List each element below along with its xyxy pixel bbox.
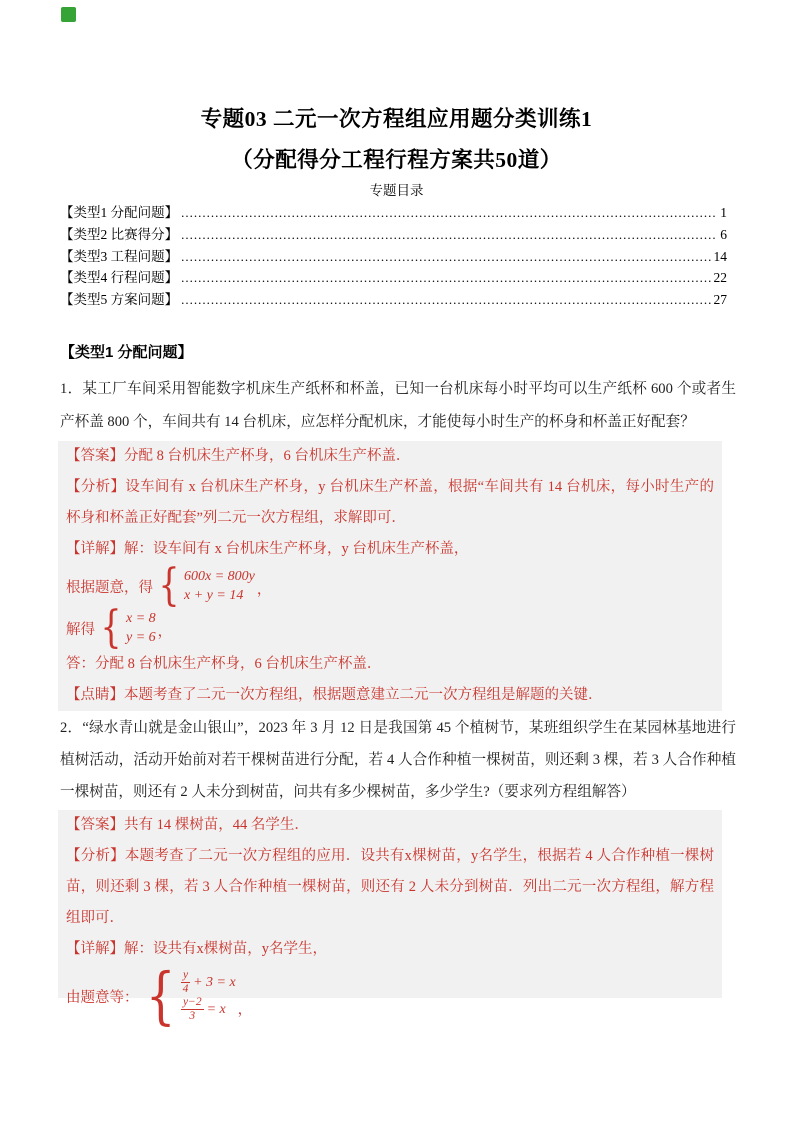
question-2-text: 2．“绿水青山就是金山银山”，2023 年 3 月 12 日是我国第 45 个植…: [60, 712, 736, 808]
toc-dot-leader: [181, 227, 717, 243]
toc-entry-type1[interactable]: 【类型1 分配问题】 1: [60, 201, 727, 223]
green-corner-marker: [61, 7, 76, 22]
q1-solution-system: 解得 { x = 8 y = 6 ，: [58, 607, 722, 649]
toc-entry-label: 【类型4 行程问题】: [60, 266, 178, 286]
fraction: y−2 3: [181, 996, 204, 1023]
equation-tail-comma: ，: [257, 578, 272, 599]
document-page: 专题03 二元一次方程组应用题分类训练1 （分配得分工程行程方案共50道） 专题…: [0, 0, 793, 1122]
fraction-numerator: y−2: [181, 996, 204, 1010]
equation-case-2: y−2 3 = x: [181, 996, 236, 1023]
q2-analysis-line: 【分析】本题考查了二元一次方程组的应用．设共有x棵树苗，y名学生，根据若 4 人…: [58, 841, 722, 934]
question-1-text: 1．某工厂车间采用智能数字机床生产纸杯和杯盖，已知一台机床每小时平均可以生产纸杯…: [60, 373, 736, 439]
toc-entry-label: 【类型1 分配问题】: [60, 201, 178, 221]
equation-cases: y 4 + 3 = x y−2 3 = x: [181, 969, 236, 1024]
toc-entry-type3[interactable]: 【类型3 工程问题】 14: [60, 245, 727, 267]
q2-equation-system: 由题意等： { y 4 + 3 = x y−2 3 = x: [58, 965, 722, 1027]
page-subtitle: （分配得分工程行程方案共50道）: [0, 143, 793, 174]
toc-dot-leader: [181, 205, 717, 221]
section-heading-type1: 【类型1 分配问题】: [60, 341, 736, 362]
equation-case-2: y = 6: [126, 628, 156, 647]
q1-analysis-line: 【分析】设车间有 x 台机床生产杯身，y 台机床生产杯盖，根据“车间共有 14 …: [58, 472, 722, 534]
q2-answer-line: 【答案】共有 14 棵树苗，44 名学生．: [58, 810, 722, 841]
page-title: 专题03 二元一次方程组应用题分类训练1: [0, 102, 793, 133]
equation-case-1: x = 8: [126, 609, 156, 628]
toc-entry-label: 【类型5 方案问题】: [60, 288, 178, 308]
toc-entry-type2[interactable]: 【类型2 比赛得分】 6: [60, 223, 727, 245]
equation-cases: x = 8 y = 6: [126, 609, 156, 647]
toc-page-number: 6: [720, 227, 727, 243]
toc-page-number: 1: [720, 205, 727, 221]
table-of-contents: 【类型1 分配问题】 1 【类型2 比赛得分】 6 【类型3 工程问题】 14 …: [60, 201, 727, 310]
fraction-denominator: 4: [183, 983, 189, 996]
q1-conclusion-line: 答：分配 8 台机床生产杯身，6 台机床生产杯盖．: [58, 649, 722, 680]
equation-tail-comma: ，: [238, 998, 253, 1019]
answer-block-q2: 【答案】共有 14 棵树苗，44 名学生． 【分析】本题考查了二元一次方程组的应…: [58, 810, 722, 998]
toc-page-number: 22: [714, 270, 728, 286]
left-brace-glyph: {: [159, 564, 180, 608]
fraction-numerator: y: [181, 969, 190, 983]
answer-block-q1: 【答案】分配 8 台机床生产杯身，6 台机床生产杯盖． 【分析】设车间有 x 台…: [58, 441, 722, 711]
toc-dot-leader: [181, 249, 710, 265]
equation-cases: 600x = 800y x + y = 14: [184, 567, 255, 605]
equation-case-1: y 4 + 3 = x: [181, 969, 236, 996]
equation-intro: 解得: [66, 618, 95, 639]
equation-rest: + 3 = x: [193, 969, 236, 996]
equation-intro: 根据题意，得: [66, 576, 153, 597]
q1-equation-system: 根据题意，得 { 600x = 800y x + y = 14 ，: [58, 565, 722, 607]
toc-page-number: 14: [714, 249, 728, 265]
fraction: y 4: [181, 969, 190, 996]
toc-heading: 专题目录: [0, 179, 793, 199]
q1-answer-line: 【答案】分配 8 台机床生产杯身，6 台机床生产杯盖．: [58, 441, 722, 472]
toc-dot-leader: [181, 270, 710, 286]
toc-entry-label: 【类型3 工程问题】: [60, 245, 178, 265]
left-brace-glyph: {: [101, 606, 122, 650]
equation-rest: = x: [207, 996, 226, 1023]
equation-intro: 由题意等：: [66, 986, 139, 1007]
toc-dot-leader: [181, 292, 710, 308]
toc-page-number: 27: [714, 292, 728, 308]
equation-tail-comma: ，: [158, 620, 173, 641]
equation-case-1: 600x = 800y: [184, 567, 255, 586]
equation-case-2: x + y = 14: [184, 586, 255, 605]
toc-entry-type4[interactable]: 【类型4 行程问题】 22: [60, 266, 727, 288]
left-brace-glyph: {: [145, 965, 175, 1027]
toc-entry-type5[interactable]: 【类型5 方案问题】 27: [60, 288, 727, 310]
q1-note-line: 【点睛】本题考查了二元一次方程组，根据题意建立二元一次方程组是解题的关键．: [58, 680, 722, 711]
fraction-denominator: 3: [189, 1010, 195, 1023]
toc-entry-label: 【类型2 比赛得分】: [60, 223, 178, 243]
